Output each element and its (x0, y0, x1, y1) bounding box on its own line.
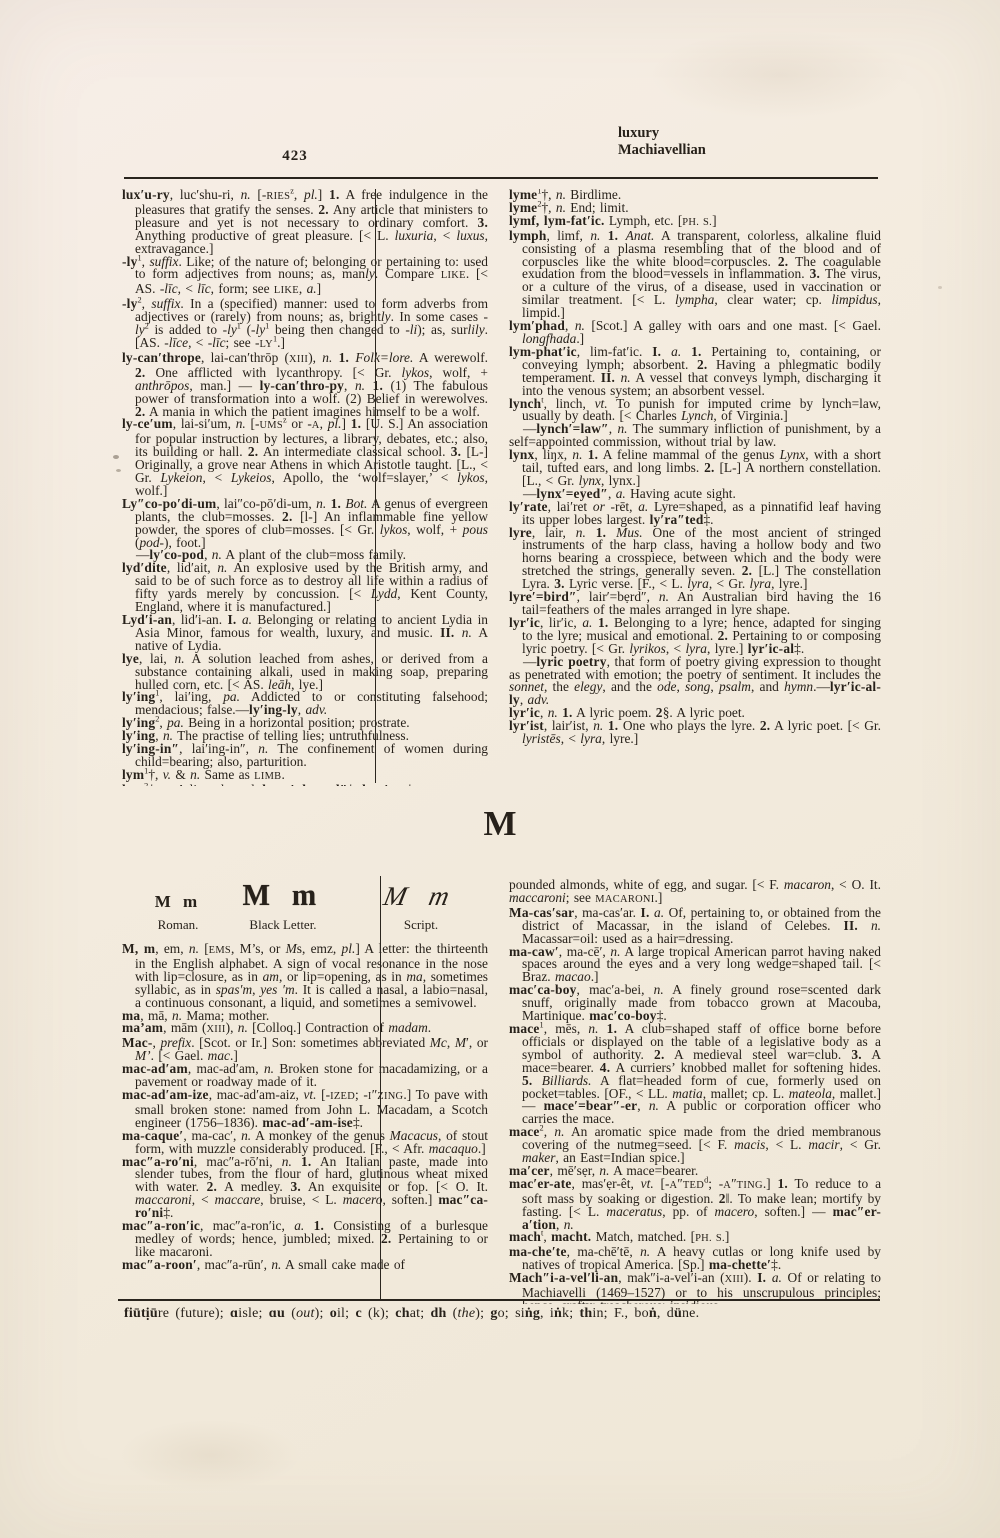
dictionary-entry: pounded almonds, white of egg, and sugar… (509, 879, 881, 907)
dictionary-entry: ly-ce′um, lai-si′um, n. [-UMSz or -A, pl… (122, 418, 488, 497)
dictionary-entry: lyre′=bird″, lair′=bẹrd″, n. An Australi… (509, 591, 881, 617)
first-section: lux′u-ry, luc′shu-ri, n. [-RIESz, pl.] 1… (122, 189, 882, 786)
header-rule (124, 177, 878, 179)
dictionary-entry: lym-phat′ic, lim-fat′ic. I. a. 1. Pertai… (509, 346, 881, 398)
dictionary-entry: lyr′ic, lir′ic, a. 1. Belonging to a lyr… (509, 617, 881, 656)
dictionary-entry: mac′ca-boy, mac′a-bei, n. A finely groun… (509, 984, 881, 1023)
scan-speck (113, 455, 119, 459)
letterform-blackletter: M m Black Letter. (222, 876, 344, 933)
dictionary-entry: ma-caque′, ma-cac′, n. A monkey of the g… (122, 1130, 488, 1156)
dictionary-entry: ly′ing1, lai′ing, pa. Addicted to or con… (122, 691, 488, 717)
dictionary-entry: mac-ad′am, mac-ad′am, n. Broken stone fo… (122, 1063, 488, 1089)
page-number: 423 (255, 148, 335, 165)
section-letter-heading: M (0, 806, 1000, 842)
dictionary-entry: lyncht, linch, vt. To punish for imputed… (509, 398, 881, 424)
dictionary-entry: lye, lai, n. A solution leached from ash… (122, 653, 488, 692)
running-head-first-word: luxury (618, 125, 706, 142)
dictionary-entry: mac′er-ate, mas′ẹr-êt, vt. [-A″TEDd; -A″… (509, 1178, 881, 1232)
scan-stain (650, 30, 910, 120)
dictionary-entry: —lyric poetry, that form of poetry givin… (509, 656, 881, 708)
dictionary-entry: mac-ad′am-ize, mac-ad′am-aiz, vt. [-IZED… (122, 1089, 488, 1130)
m-section: M m Roman. M m Black Letter. M m Script.… (122, 876, 882, 1304)
letterform-script: M m Script. (360, 876, 482, 933)
column-divider-rule (375, 189, 376, 783)
dictionary-entry: Mac-, prefix. [Scot. or Ir.] Son: someti… (122, 1037, 488, 1063)
dictionary-entry: mac″a-roon′, mac″a-rūn′, n. A small cake… (122, 1259, 488, 1272)
dictionary-entry: ly′rate, lai′ret or -rēt, a. Lyre=shaped… (509, 501, 881, 527)
scan-speck (116, 469, 121, 472)
m-column-divider-rule (380, 876, 381, 1300)
dictionary-entry: Ma-cas′sar, ma-cas′ar. I. a. Of, pertain… (509, 907, 881, 946)
dictionary-entry: lynx, liŋx, n. 1. A feline mammal of the… (509, 449, 881, 488)
running-head-last-word: Machiavellian (618, 142, 706, 159)
letterform-roman: M m Roman. (140, 876, 216, 933)
dictionary-entry: lyre, lair, n. 1. Mus. One of the most a… (509, 527, 881, 592)
pronunciation-key: fiūtịūre (future); ɑisle; ɑu (out); oil;… (124, 1306, 876, 1322)
dictionary-entry: lym2†, n. A lime=hound. lyme′=hound″†; l… (122, 784, 488, 786)
blackletter-letterform-label: Black Letter. (222, 917, 344, 933)
script-letterform-label: Script. (360, 917, 482, 933)
roman-letterform-label: Roman. (140, 917, 216, 933)
m-section-left-entries: M, m, em, n. [EMS, M’s, or Ms, emz, pl.]… (122, 943, 488, 1272)
dictionary-entry: -ly1, suffix. Like; of the nature of; be… (122, 256, 488, 299)
dictionary-entry: —lynch′=law″, n. The summary infliction … (509, 423, 881, 449)
dictionary-page: 423 luxury Machiavellian lux′u-ry, luc′s… (0, 0, 1000, 1538)
dictionary-entry: lyd′dite, lid′ait, n. An explosive used … (122, 562, 488, 614)
scan-stain (120, 1420, 300, 1490)
dictionary-entry: lyr′ist, lair′ist, n. 1. One who plays t… (509, 720, 881, 746)
running-head: luxury Machiavellian (618, 125, 706, 158)
dictionary-entry: Ly″co-po′di-um, lai″co-pō′di-um, n. 1. B… (122, 498, 488, 550)
dictionary-entry: mac″a-ro′ni, mac″a-rō′ni, n. 1. An Itali… (122, 1156, 488, 1221)
scan-speck (938, 286, 942, 289)
first-section-right-column: lyme1†, n. Birdlime.lyme2†, n. End; limi… (509, 189, 881, 746)
dictionary-entry: M, m, em, n. [EMS, M’s, or Ms, emz, pl.]… (122, 943, 488, 1010)
footer-rule (118, 1299, 880, 1301)
script-letterform-glyphs: M m (356, 876, 486, 912)
letterforms-exhibit: M m Roman. M m Black Letter. M m Script. (122, 876, 488, 938)
first-section-left-column: lux′u-ry, luc′shu-ri, n. [-RIESz, pl.] 1… (122, 189, 488, 786)
dictionary-entry: -ly2, suffix. In a (specified) manner: u… (122, 298, 488, 352)
dictionary-entry: lym′phad, n. [Scot.] A galley with oars … (509, 320, 881, 346)
dictionary-entry: ma-caw′, ma-cē′, n. A large tropical Ame… (509, 946, 881, 985)
dictionary-entry: mace2, n. An aromatic spice made from th… (509, 1126, 881, 1165)
roman-letterform-glyphs: M m (140, 876, 216, 912)
dictionary-entry: ly′ing-in″, lai′ing-in″, n. The confinem… (122, 743, 488, 769)
dictionary-entry: Lyd′i-an, lid′i-an. I. a. Belonging or r… (122, 614, 488, 653)
dictionary-entry: mace1, mēs, n. 1. A club=shaped staff of… (509, 1023, 881, 1126)
dictionary-entry: lux′u-ry, luc′shu-ri, n. [-RIESz, pl.] 1… (122, 189, 488, 256)
dictionary-entry: ma-che′te, ma-chē′tē, n. A heavy cutlas … (509, 1246, 881, 1272)
dictionary-entry: lymph, limf, n. 1. Anat. A transparent, … (509, 230, 881, 320)
m-section-right-column: pounded almonds, white of egg, and sugar… (509, 879, 881, 1304)
dictionary-entry: mac″a-ron′ic, mac″a-ron′ic, a. 1. Consis… (122, 1220, 488, 1259)
m-section-left-column: M m Roman. M m Black Letter. M m Script.… (122, 876, 488, 1272)
dictionary-entry: ly-can′thrope, lai-can′thrōp (XIII), n. … (122, 352, 488, 419)
blackletter-letterform-glyphs: M m (220, 876, 347, 914)
